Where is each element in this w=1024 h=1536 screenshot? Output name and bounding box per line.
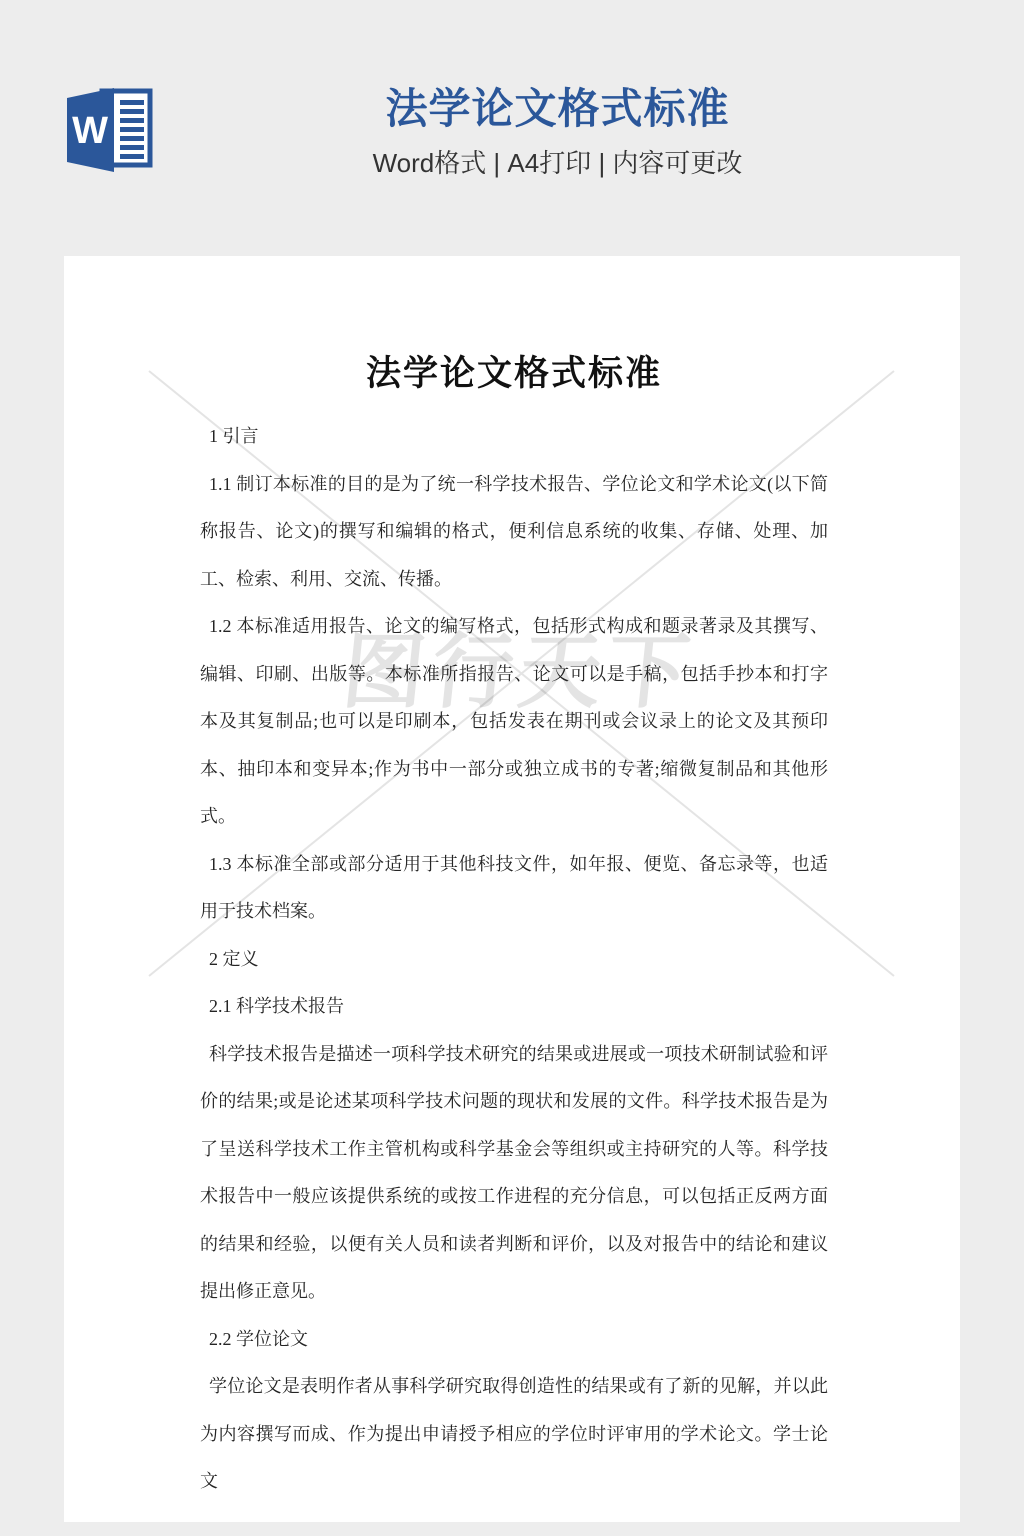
header: W 法学论文格式标准 Word格式 | A4打印 | 内容可更改 <box>0 0 1024 256</box>
document-title: 法学论文格式标准 <box>200 350 828 398</box>
paragraph: 1 引言 <box>200 413 828 461</box>
svg-text:W: W <box>72 110 108 152</box>
word-icon: W <box>62 84 156 176</box>
document-body: 1 引言1.1 制订本标准的目的是为了统一科学技术报告、学位论文和学术论文(以下… <box>200 413 828 1506</box>
header-text: 法学论文格式标准 Word格式 | A4打印 | 内容可更改 <box>155 84 960 179</box>
paragraph: 1.2 本标准适用报告、论文的编写格式，包括形式构成和题录著录及其撰写、编辑、印… <box>200 603 828 841</box>
paragraph: 2 定义 <box>200 936 828 984</box>
paragraph: 2.1 科学技术报告 <box>200 983 828 1031</box>
template-title: 法学论文格式标准 <box>155 84 960 134</box>
paragraph: 2.2 学位论文 <box>200 1316 828 1364</box>
paragraph: 学位论文是表明作者从事科学研究取得创造性的结果或有了新的见解，并以此为内容撰写而… <box>200 1363 828 1506</box>
page: W 法学论文格式标准 Word格式 | A4打印 | 内容可更改 图行天下 法学… <box>0 0 1024 1536</box>
paragraph: 1.3 本标准全部或部分适用于其他科技文件，如年报、便览、备忘录等，也适用于技术… <box>200 841 828 936</box>
document-page: 图行天下 法学论文格式标准 1 引言1.1 制订本标准的目的是为了统一科学技术报… <box>64 256 960 1522</box>
template-subtitle: Word格式 | A4打印 | 内容可更改 <box>155 147 960 179</box>
paragraph: 1.1 制订本标准的目的是为了统一科学技术报告、学位论文和学术论文(以下简称报告… <box>200 461 828 604</box>
paragraph: 科学技术报告是描述一项科学技术研究的结果或进展或一项技术研制试验和评价的结果;或… <box>200 1031 828 1316</box>
